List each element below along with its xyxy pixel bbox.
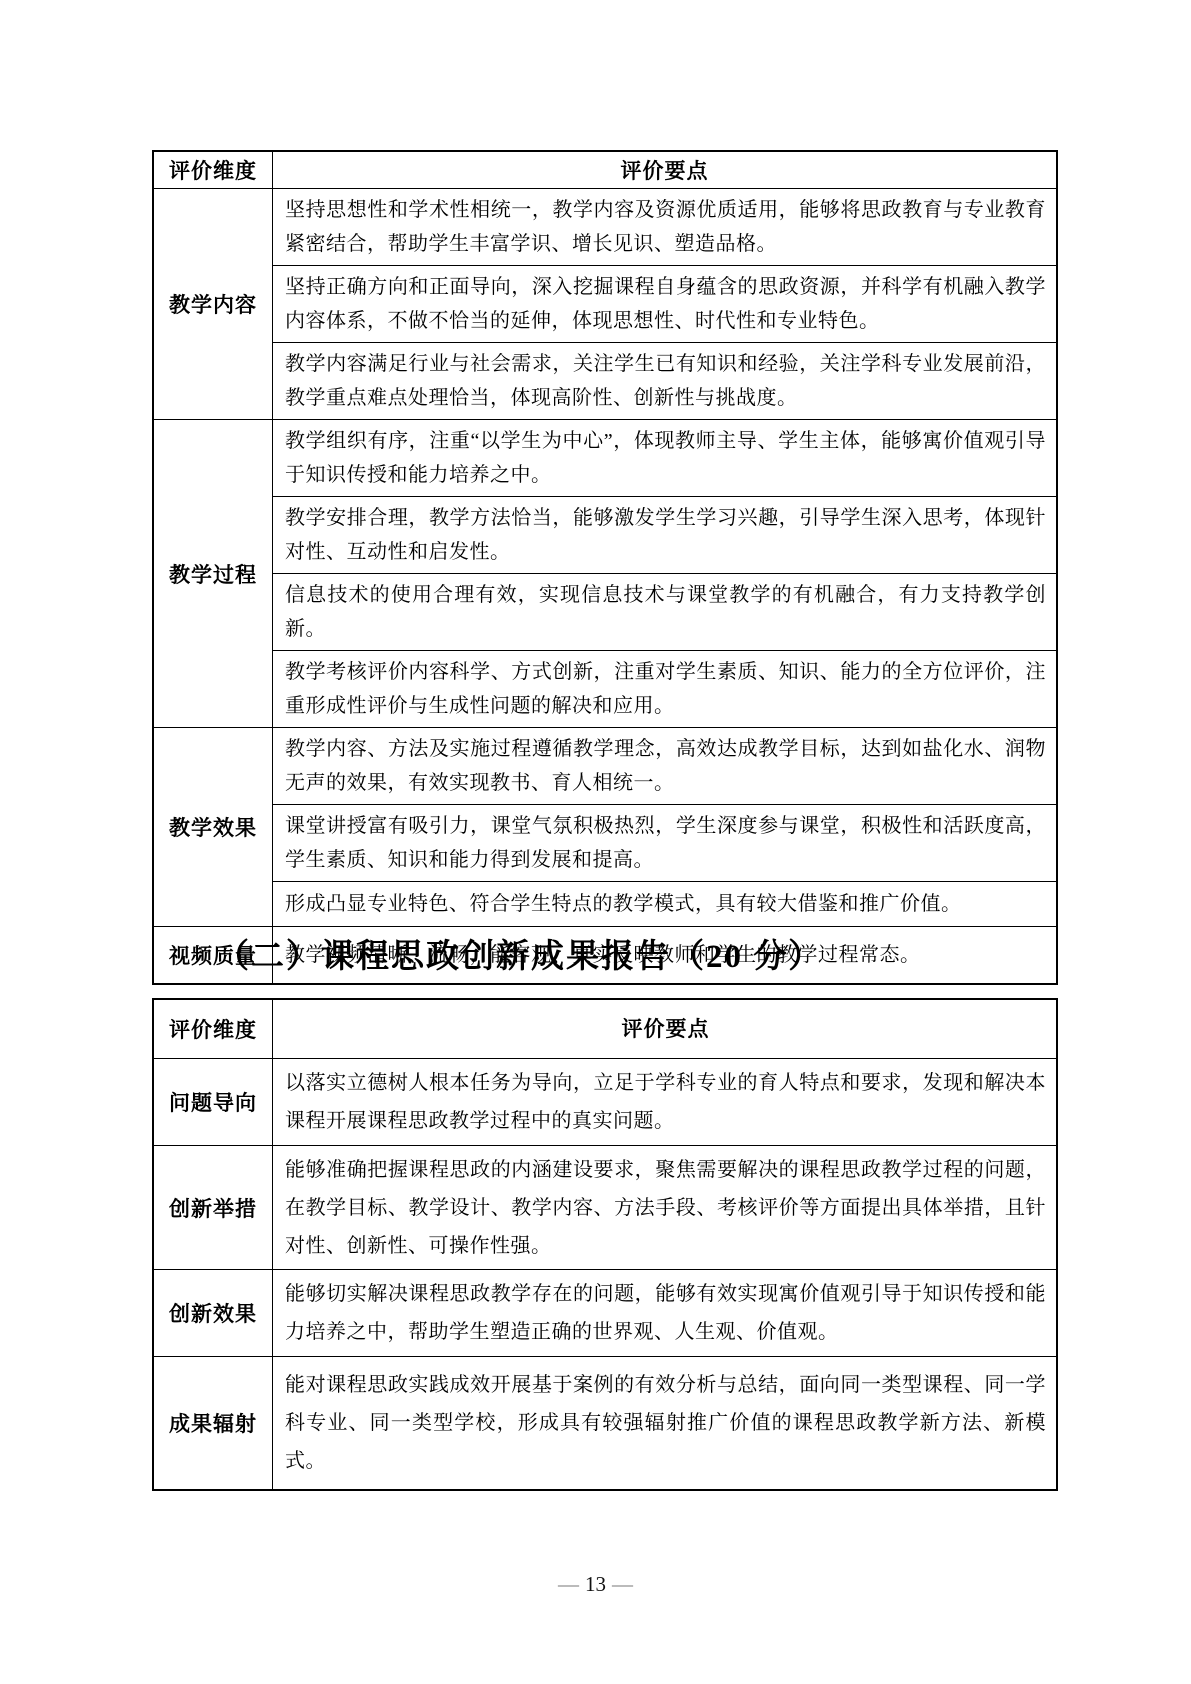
table-row: 课堂讲授富有吸引力，课堂气氛积极热烈，学生深度参与课堂，积极性和活跃度高，学生素… bbox=[153, 805, 1057, 882]
dimension-label-achievement-radiation: 成果辐射 bbox=[153, 1357, 273, 1491]
page-number-dash-left: — bbox=[552, 1572, 585, 1596]
table-row: 教学考核评价内容科学、方式创新，注重对学生素质、知识、能力的全方位评价，注重形成… bbox=[153, 651, 1057, 728]
table-row: 教学效果 教学内容、方法及实施过程遵循教学理念，高效达成教学目标，达到如盐化水、… bbox=[153, 728, 1057, 805]
page-number: —13— bbox=[0, 1572, 1191, 1597]
eval-point-cell: 教学安排合理，教学方法恰当，能够激发学生学习兴趣，引导学生深入思考，体现针对性、… bbox=[273, 497, 1058, 574]
table-row: 创新效果 能够切实解决课程思政教学存在的问题，能够有效实现寓价值观引导于知识传授… bbox=[153, 1270, 1057, 1357]
table-row: 教学过程 教学组织有序，注重“以学生为中心”，体现教师主导、学生主体，能够寓价值… bbox=[153, 420, 1057, 497]
eval-point-cell: 坚持思想性和学术性相统一，教学内容及资源优质适用，能够将思政教育与专业教育紧密结… bbox=[273, 189, 1058, 266]
eval-point-cell: 能对课程思政实践成效开展基于案例的有效分析与总结，面向同一类型课程、同一学科专业… bbox=[273, 1357, 1058, 1491]
table-row: 问题导向 以落实立德树人根本任务为导向，立足于学科专业的育人特点和要求，发现和解… bbox=[153, 1059, 1057, 1146]
table-row: 创新举措 能够准确把握课程思政的内涵建设要求，聚焦需要解决的课程思政教学过程的问… bbox=[153, 1146, 1057, 1270]
eval-point-cell: 以落实立德树人根本任务为导向，立足于学科专业的育人特点和要求，发现和解决本课程开… bbox=[273, 1059, 1058, 1146]
innovation-report-eval-table: 评价维度 评价要点 问题导向 以落实立德树人根本任务为导向，立足于学科专业的育人… bbox=[152, 998, 1058, 1491]
eval-point-cell: 教学内容满足行业与社会需求，关注学生已有知识和经验，关注学科专业发展前沿，教学重… bbox=[273, 343, 1058, 420]
eval-point-cell: 教学考核评价内容科学、方式创新，注重对学生素质、知识、能力的全方位评价，注重形成… bbox=[273, 651, 1058, 728]
teaching-video-eval-table: 评价维度 评价要点 教学内容 坚持思想性和学术性相统一，教学内容及资源优质适用，… bbox=[152, 150, 1058, 985]
document-page: 评价维度 评价要点 教学内容 坚持思想性和学术性相统一，教学内容及资源优质适用，… bbox=[0, 0, 1191, 1684]
table-row: 形成凸显专业特色、符合学生特点的教学模式，具有较大借鉴和推广价值。 bbox=[153, 882, 1057, 927]
eval-point-cell: 能够准确把握课程思政的内涵建设要求，聚焦需要解决的课程思政教学过程的问题，在教学… bbox=[273, 1146, 1058, 1270]
eval-point-cell: 形成凸显专业特色、符合学生特点的教学模式，具有较大借鉴和推广价值。 bbox=[273, 882, 1058, 927]
eval-point-cell: 信息技术的使用合理有效，实现信息技术与课堂教学的有机融合，有力支持教学创新。 bbox=[273, 574, 1058, 651]
dimension-label-problem-orientation: 问题导向 bbox=[153, 1059, 273, 1146]
table2-header-dimension: 评价维度 bbox=[153, 999, 273, 1059]
table-row: 坚持正确方向和正面导向，深入挖掘课程自身蕴含的思政资源，并科学有机融入教学内容体… bbox=[153, 266, 1057, 343]
table-row: 信息技术的使用合理有效，实现信息技术与课堂教学的有机融合，有力支持教学创新。 bbox=[153, 574, 1057, 651]
eval-point-cell: 课堂讲授富有吸引力，课堂气氛积极热烈，学生深度参与课堂，积极性和活跃度高，学生素… bbox=[273, 805, 1058, 882]
dimension-label-teaching-process: 教学过程 bbox=[153, 420, 273, 728]
dimension-label-innovation-effect: 创新效果 bbox=[153, 1270, 273, 1357]
eval-point-cell: 坚持正确方向和正面导向，深入挖掘课程自身蕴含的思政资源，并科学有机融入教学内容体… bbox=[273, 266, 1058, 343]
eval-point-cell: 教学内容、方法及实施过程遵循教学理念，高效达成教学目标，达到如盐化水、润物无声的… bbox=[273, 728, 1058, 805]
table2-header-points: 评价要点 bbox=[273, 999, 1058, 1059]
eval-point-cell: 能够切实解决课程思政教学存在的问题，能够有效实现寓价值观引导于知识传授和能力培养… bbox=[273, 1270, 1058, 1357]
table-row: 教学内容满足行业与社会需求，关注学生已有知识和经验，关注学科专业发展前沿，教学重… bbox=[153, 343, 1057, 420]
page-number-dash-right: — bbox=[606, 1572, 639, 1596]
eval-point-cell: 教学组织有序，注重“以学生为中心”，体现教师主导、学生主体，能够寓价值观引导于知… bbox=[273, 420, 1058, 497]
table1-header-points: 评价要点 bbox=[273, 151, 1058, 189]
table1-header-row: 评价维度 评价要点 bbox=[153, 151, 1057, 189]
page-number-value: 13 bbox=[585, 1572, 606, 1596]
table-row: 教学安排合理，教学方法恰当，能够激发学生学习兴趣，引导学生深入思考，体现针对性、… bbox=[153, 497, 1057, 574]
table-row: 教学内容 坚持思想性和学术性相统一，教学内容及资源优质适用，能够将思政教育与专业… bbox=[153, 189, 1057, 266]
table1-header-dimension: 评价维度 bbox=[153, 151, 273, 189]
table2-header-row: 评价维度 评价要点 bbox=[153, 999, 1057, 1059]
dimension-label-innovation-measures: 创新举措 bbox=[153, 1146, 273, 1270]
section-heading: （二）课程思政创新成果报告（20 分） bbox=[216, 930, 1116, 977]
dimension-label-teaching-effect: 教学效果 bbox=[153, 728, 273, 927]
table-row: 成果辐射 能对课程思政实践成效开展基于案例的有效分析与总结，面向同一类型课程、同… bbox=[153, 1357, 1057, 1491]
dimension-label-teaching-content: 教学内容 bbox=[153, 189, 273, 420]
